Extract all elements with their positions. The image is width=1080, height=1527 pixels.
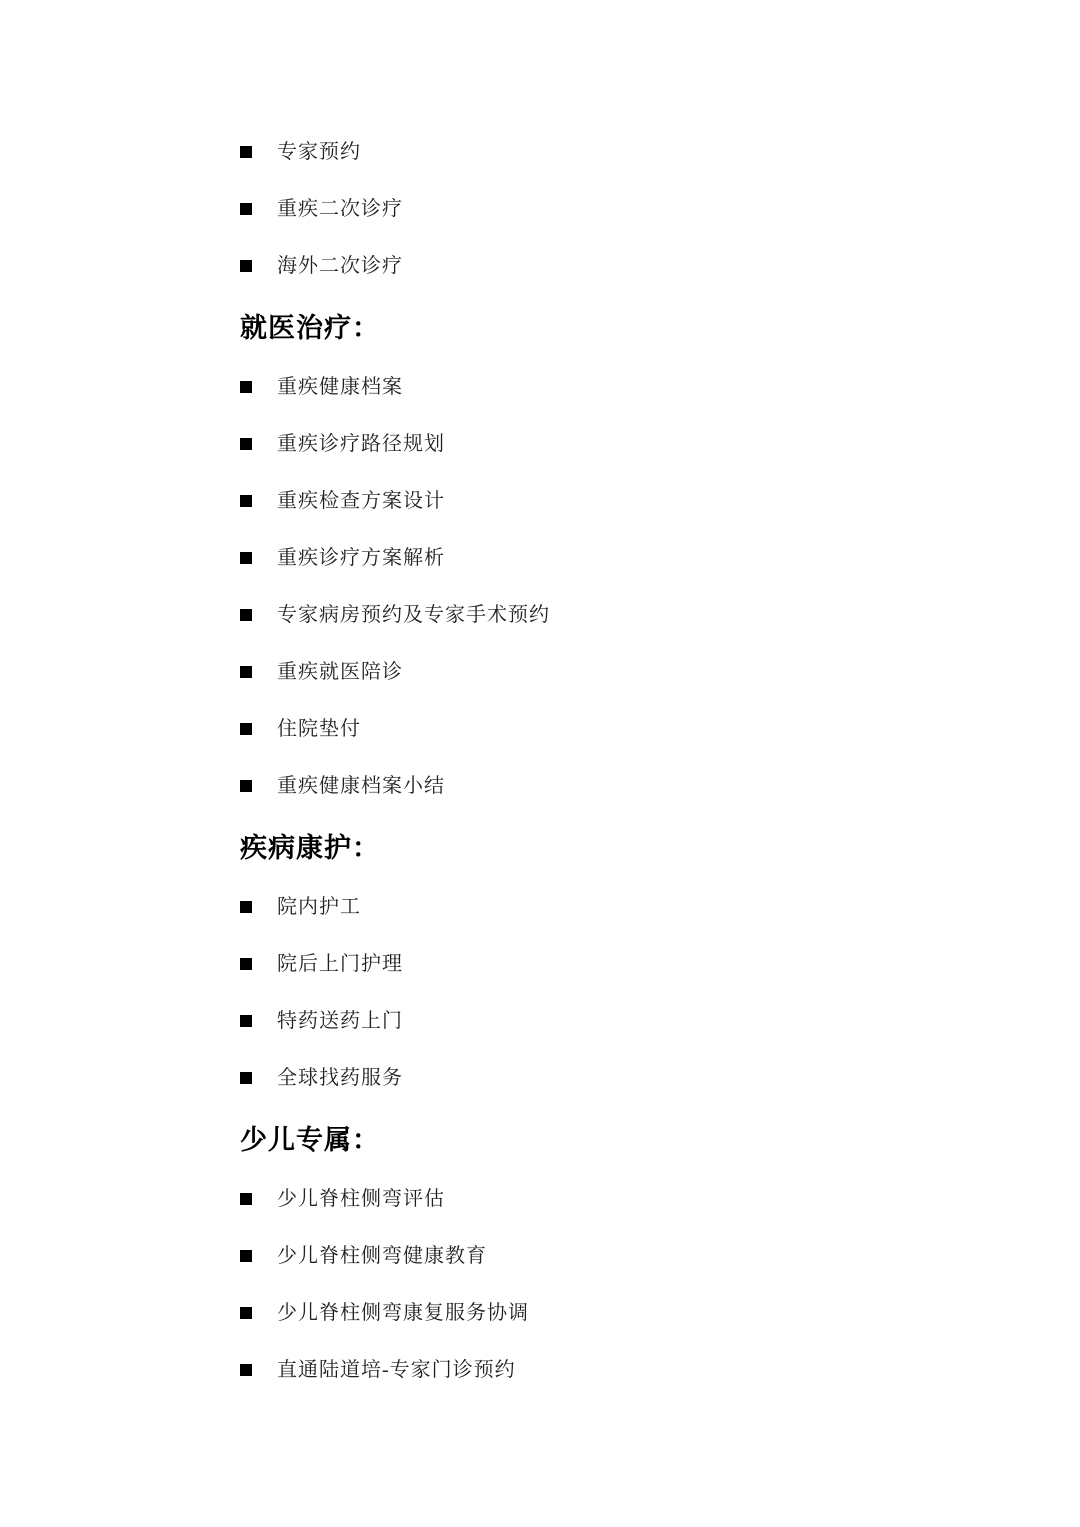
list-item: 全球找药服务 bbox=[240, 1066, 960, 1090]
bullet-square-icon bbox=[240, 1364, 252, 1376]
section-heading-children-exclusive: 少儿专属： bbox=[240, 1123, 960, 1157]
list-item: 特药送药上门 bbox=[240, 1009, 960, 1033]
list-item: 专家病房预约及专家手术预约 bbox=[240, 603, 960, 627]
medical-treatment-bullet-list: 重疾健康档案 重疾诊疗路径规划 重疾检查方案设计 重疾诊疗方案解析 专家病房预约… bbox=[240, 375, 960, 798]
list-item: 重疾二次诊疗 bbox=[240, 197, 960, 221]
bullet-square-icon bbox=[240, 203, 252, 215]
bullet-square-icon bbox=[240, 1250, 252, 1262]
bullet-square-icon bbox=[240, 438, 252, 450]
list-item: 重疾诊疗路径规划 bbox=[240, 432, 960, 456]
list-item-label: 专家病房预约及专家手术预约 bbox=[277, 603, 550, 627]
list-item: 少儿脊柱侧弯康复服务协调 bbox=[240, 1301, 960, 1325]
bullet-square-icon bbox=[240, 1307, 252, 1319]
disease-care-bullet-list: 院内护工 院后上门护理 特药送药上门 全球找药服务 bbox=[240, 895, 960, 1090]
bullet-square-icon bbox=[240, 1015, 252, 1027]
list-item: 重疾健康档案 bbox=[240, 375, 960, 399]
list-item-label: 重疾二次诊疗 bbox=[277, 197, 403, 221]
list-item: 重疾检查方案设计 bbox=[240, 489, 960, 513]
list-item-label: 全球找药服务 bbox=[277, 1066, 403, 1090]
bullet-square-icon bbox=[240, 958, 252, 970]
list-item: 重疾就医陪诊 bbox=[240, 660, 960, 684]
bullet-square-icon bbox=[240, 260, 252, 272]
list-item-label: 重疾健康档案小结 bbox=[277, 774, 445, 798]
list-item-label: 重疾检查方案设计 bbox=[277, 489, 445, 513]
list-item: 少儿脊柱侧弯评估 bbox=[240, 1187, 960, 1211]
section-heading-disease-care: 疾病康护： bbox=[240, 831, 960, 865]
document-page: 专家预约 重疾二次诊疗 海外二次诊疗 就医治疗： 重疾健康档案 重疾诊疗路径规划… bbox=[0, 0, 1080, 1527]
bullet-square-icon bbox=[240, 1193, 252, 1205]
list-item-label: 海外二次诊疗 bbox=[277, 254, 403, 278]
intro-bullet-list: 专家预约 重疾二次诊疗 海外二次诊疗 bbox=[240, 140, 960, 278]
bullet-square-icon bbox=[240, 1072, 252, 1084]
list-item: 住院垫付 bbox=[240, 717, 960, 741]
list-item-label: 重疾诊疗路径规划 bbox=[277, 432, 445, 456]
list-item-label: 少儿脊柱侧弯健康教育 bbox=[277, 1244, 487, 1268]
bullet-square-icon bbox=[240, 146, 252, 158]
list-item-label: 重疾诊疗方案解析 bbox=[277, 546, 445, 570]
bullet-square-icon bbox=[240, 723, 252, 735]
list-item-label: 特药送药上门 bbox=[277, 1009, 403, 1033]
list-item-label: 重疾健康档案 bbox=[277, 375, 403, 399]
bullet-square-icon bbox=[240, 666, 252, 678]
list-item-label: 院内护工 bbox=[277, 895, 361, 919]
list-item: 重疾诊疗方案解析 bbox=[240, 546, 960, 570]
list-item: 海外二次诊疗 bbox=[240, 254, 960, 278]
list-item: 院后上门护理 bbox=[240, 952, 960, 976]
section-heading-medical-treatment: 就医治疗： bbox=[240, 311, 960, 345]
bullet-square-icon bbox=[240, 780, 252, 792]
list-item-label: 少儿脊柱侧弯康复服务协调 bbox=[277, 1301, 529, 1325]
bullet-square-icon bbox=[240, 552, 252, 564]
list-item-label: 院后上门护理 bbox=[277, 952, 403, 976]
list-item: 重疾健康档案小结 bbox=[240, 774, 960, 798]
list-item-label: 重疾就医陪诊 bbox=[277, 660, 403, 684]
list-item: 院内护工 bbox=[240, 895, 960, 919]
list-item-label: 住院垫付 bbox=[277, 717, 361, 741]
list-item: 直通陆道培-专家门诊预约 bbox=[240, 1358, 960, 1382]
bullet-square-icon bbox=[240, 609, 252, 621]
list-item-label: 少儿脊柱侧弯评估 bbox=[277, 1187, 445, 1211]
bullet-square-icon bbox=[240, 495, 252, 507]
list-item: 少儿脊柱侧弯健康教育 bbox=[240, 1244, 960, 1268]
list-item-label: 专家预约 bbox=[277, 140, 361, 164]
children-exclusive-bullet-list: 少儿脊柱侧弯评估 少儿脊柱侧弯健康教育 少儿脊柱侧弯康复服务协调 直通陆道培-专… bbox=[240, 1187, 960, 1382]
bullet-square-icon bbox=[240, 381, 252, 393]
bullet-square-icon bbox=[240, 901, 252, 913]
list-item-label: 直通陆道培-专家门诊预约 bbox=[277, 1358, 516, 1382]
list-item: 专家预约 bbox=[240, 140, 960, 164]
